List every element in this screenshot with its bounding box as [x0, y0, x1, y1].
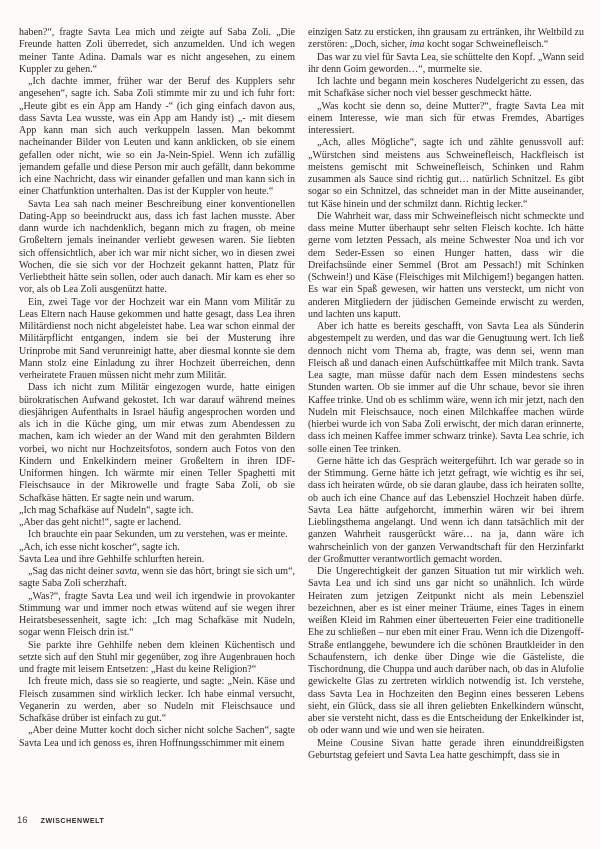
paragraph: haben?“, fragte Savta Lea mich und zeigt…: [19, 27, 295, 76]
magazine-page: haben?“, fragte Savta Lea mich und zeigt…: [0, 0, 600, 849]
paragraph: „Aber deine Mutter kocht doch sicher nic…: [19, 725, 295, 750]
paragraph: Ich lachte und begann mein koscheres Nud…: [308, 76, 584, 101]
paragraph: Ich freute mich, dass sie so reagierte, …: [19, 676, 295, 725]
page-footer: 16 ZWISCHENWELT: [17, 815, 104, 826]
text-columns: haben?“, fragte Savta Lea mich und zeigt…: [19, 27, 584, 793]
paragraph: Ein, zwei Tage vor der Hochzeit war ein …: [19, 297, 295, 383]
paragraph: „Was?“, fragte Savta Lea und weil ich ir…: [19, 591, 295, 640]
paragraph: Aber ich hatte es bereits geschafft, von…: [308, 321, 584, 456]
paragraph: „Sag das nicht deiner savta, wenn sie da…: [19, 566, 295, 591]
paragraph: Das war zu viel für Savta Lea, sie schüt…: [308, 52, 584, 77]
paragraph: Meine Cousine Sivan hatte gerade ihren e…: [308, 738, 584, 763]
paragraph: „Ich mag Schafkäse auf Nudeln“, sagte ic…: [19, 505, 295, 517]
journal-name: ZWISCHENWELT: [41, 818, 105, 825]
paragraph: Gerne hätte ich das Gespräch weitergefüh…: [308, 456, 584, 566]
page-number: 16: [17, 815, 28, 826]
text-column-left: haben?“, fragte Savta Lea mich und zeigt…: [19, 27, 295, 793]
paragraph: Savta Lea und ihre Gehhilfe schlurften h…: [19, 554, 295, 566]
paragraph: einzigen Satz zu ersticken, ihn grausam …: [308, 27, 584, 52]
paragraph: „Ach, alles Mögliche“, sagte ich und zäh…: [308, 137, 584, 211]
paragraph: „Was kocht sie denn so, deine Mutter?“, …: [308, 101, 584, 138]
paragraph: Dass ich nicht zum Militär eingezogen wu…: [19, 382, 295, 505]
paragraph: „Ich dachte immer, früher war der Beruf …: [19, 76, 295, 199]
paragraph: Sie parkte ihre Gehhilfe neben dem klein…: [19, 640, 295, 677]
paragraph: „Ach, ich esse nicht koscher“, sagte ich…: [19, 542, 295, 554]
paragraph: Die Ungerechtigkeit der ganzen Situation…: [308, 566, 584, 738]
paragraph: Ich brauchte ein paar Sekunden, um zu ve…: [19, 529, 295, 541]
paragraph: „Aber das geht nicht!“, sagte er lachend…: [19, 517, 295, 529]
text-column-right: einzigen Satz zu ersticken, ihn grausam …: [308, 27, 584, 793]
paragraph: Die Wahrheit war, dass mir Schweinefleis…: [308, 211, 584, 321]
paragraph: Savta Lea sah nach meiner Beschreibung e…: [19, 199, 295, 297]
